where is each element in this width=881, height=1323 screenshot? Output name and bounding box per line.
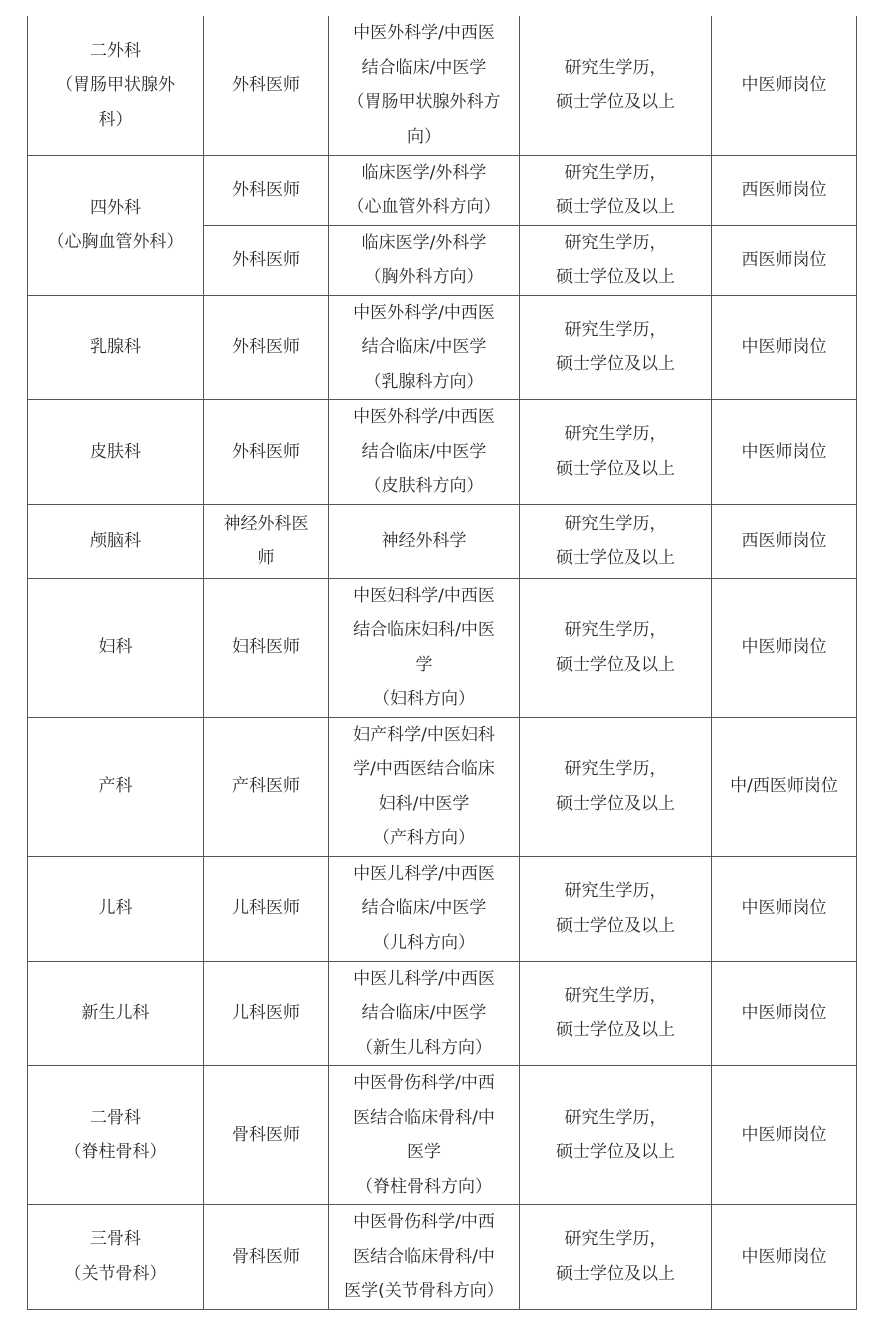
table-body: 二外科 （胃肠甲状腺外 科） 外科医师 中医外科学/中西医 结合临床/中医学 （… (28, 16, 857, 1309)
post-type-cell: 中医师岗位 (712, 1205, 857, 1310)
department-cell: 产科 (28, 717, 204, 856)
table-row: 四外科 （心胸血管外科） 外科医师 临床医学/外科学 （心血管外科方向） 研究生… (28, 155, 857, 225)
position-cell: 外科医师 (204, 16, 329, 155)
major-cell: 中医骨伤科学/中西 医结合临床骨科/中 医学(关节骨科方向） (329, 1205, 520, 1310)
department-cell: 新生儿科 (28, 961, 204, 1066)
department-cell: 二骨科 （脊柱骨科） (28, 1066, 204, 1205)
post-type-cell: 西医师岗位 (712, 155, 857, 225)
major-cell: 中医儿科学/中西医 结合临床/中医学 （新生儿科方向） (329, 961, 520, 1066)
post-type-cell: 中医师岗位 (712, 16, 857, 155)
table-row: 颅脑科 神经外科医 师 神经外科学 研究生学历， 硕士学位及以上 西医师岗位 (28, 504, 857, 578)
post-type-cell: 中医师岗位 (712, 295, 857, 400)
table-row: 二外科 （胃肠甲状腺外 科） 外科医师 中医外科学/中西医 结合临床/中医学 （… (28, 16, 857, 155)
major-cell: 中医妇科学/中西医 结合临床妇科/中医 学 （妇科方向） (329, 578, 520, 717)
major-cell: 中医骨伤科学/中西 医结合临床骨科/中 医学 （脊柱骨科方向） (329, 1066, 520, 1205)
position-cell: 妇科医师 (204, 578, 329, 717)
major-cell: 中医外科学/中西医 结合临床/中医学 （胃肠甲状腺外科方 向） (329, 16, 520, 155)
table-row: 皮肤科 外科医师 中医外科学/中西医 结合临床/中医学 （皮肤科方向） 研究生学… (28, 400, 857, 505)
education-cell: 研究生学历， 硕士学位及以上 (520, 16, 712, 155)
education-cell: 研究生学历， 硕士学位及以上 (520, 717, 712, 856)
major-cell: 妇产科学/中医妇科 学/中西医结合临床 妇科/中医学 （产科方向） (329, 717, 520, 856)
position-cell: 外科医师 (204, 225, 329, 295)
table-row: 乳腺科 外科医师 中医外科学/中西医 结合临床/中医学 （乳腺科方向） 研究生学… (28, 295, 857, 400)
post-type-cell: 中医师岗位 (712, 961, 857, 1066)
department-cell: 皮肤科 (28, 400, 204, 505)
department-cell: 妇科 (28, 578, 204, 717)
position-cell: 外科医师 (204, 400, 329, 505)
position-cell: 儿科医师 (204, 856, 329, 961)
major-cell: 神经外科学 (329, 504, 520, 578)
education-cell: 研究生学历， 硕士学位及以上 (520, 1205, 712, 1310)
major-cell: 临床医学/外科学 （胸外科方向） (329, 225, 520, 295)
post-type-cell: 中/西医师岗位 (712, 717, 857, 856)
department-cell: 乳腺科 (28, 295, 204, 400)
department-cell: 四外科 （心胸血管外科） (28, 155, 204, 295)
post-type-cell: 中医师岗位 (712, 1066, 857, 1205)
post-type-cell: 西医师岗位 (712, 504, 857, 578)
table-row: 妇科 妇科医师 中医妇科学/中西医 结合临床妇科/中医 学 （妇科方向） 研究生… (28, 578, 857, 717)
department-cell: 颅脑科 (28, 504, 204, 578)
post-type-cell: 西医师岗位 (712, 225, 857, 295)
table-row: 三骨科 （关节骨科） 骨科医师 中医骨伤科学/中西 医结合临床骨科/中 医学(关… (28, 1205, 857, 1310)
table-row: 儿科 儿科医师 中医儿科学/中西医 结合临床/中医学 （儿科方向） 研究生学历，… (28, 856, 857, 961)
post-type-cell: 中医师岗位 (712, 856, 857, 961)
department-cell: 二外科 （胃肠甲状腺外 科） (28, 16, 204, 155)
education-cell: 研究生学历， 硕士学位及以上 (520, 400, 712, 505)
major-cell: 临床医学/外科学 （心血管外科方向） (329, 155, 520, 225)
education-cell: 研究生学历， 硕士学位及以上 (520, 225, 712, 295)
position-cell: 骨科医师 (204, 1205, 329, 1310)
education-cell: 研究生学历， 硕士学位及以上 (520, 155, 712, 225)
recruitment-table: 二外科 （胃肠甲状腺外 科） 外科医师 中医外科学/中西医 结合临床/中医学 （… (27, 16, 857, 1310)
post-type-cell: 中医师岗位 (712, 400, 857, 505)
education-cell: 研究生学历， 硕士学位及以上 (520, 856, 712, 961)
major-cell: 中医外科学/中西医 结合临床/中医学 （乳腺科方向） (329, 295, 520, 400)
major-cell: 中医外科学/中西医 结合临床/中医学 （皮肤科方向） (329, 400, 520, 505)
position-cell: 骨科医师 (204, 1066, 329, 1205)
education-cell: 研究生学历， 硕士学位及以上 (520, 1066, 712, 1205)
table-row: 二骨科 （脊柱骨科） 骨科医师 中医骨伤科学/中西 医结合临床骨科/中 医学 （… (28, 1066, 857, 1205)
table-row: 新生儿科 儿科医师 中医儿科学/中西医 结合临床/中医学 （新生儿科方向） 研究… (28, 961, 857, 1066)
education-cell: 研究生学历， 硕士学位及以上 (520, 961, 712, 1066)
department-cell: 三骨科 （关节骨科） (28, 1205, 204, 1310)
department-cell: 儿科 (28, 856, 204, 961)
post-type-cell: 中医师岗位 (712, 578, 857, 717)
position-cell: 产科医师 (204, 717, 329, 856)
position-cell: 外科医师 (204, 155, 329, 225)
education-cell: 研究生学历， 硕士学位及以上 (520, 504, 712, 578)
education-cell: 研究生学历， 硕士学位及以上 (520, 295, 712, 400)
position-cell: 儿科医师 (204, 961, 329, 1066)
position-cell: 神经外科医 师 (204, 504, 329, 578)
position-cell: 外科医师 (204, 295, 329, 400)
table-row: 产科 产科医师 妇产科学/中医妇科 学/中西医结合临床 妇科/中医学 （产科方向… (28, 717, 857, 856)
education-cell: 研究生学历， 硕士学位及以上 (520, 578, 712, 717)
major-cell: 中医儿科学/中西医 结合临床/中医学 （儿科方向） (329, 856, 520, 961)
